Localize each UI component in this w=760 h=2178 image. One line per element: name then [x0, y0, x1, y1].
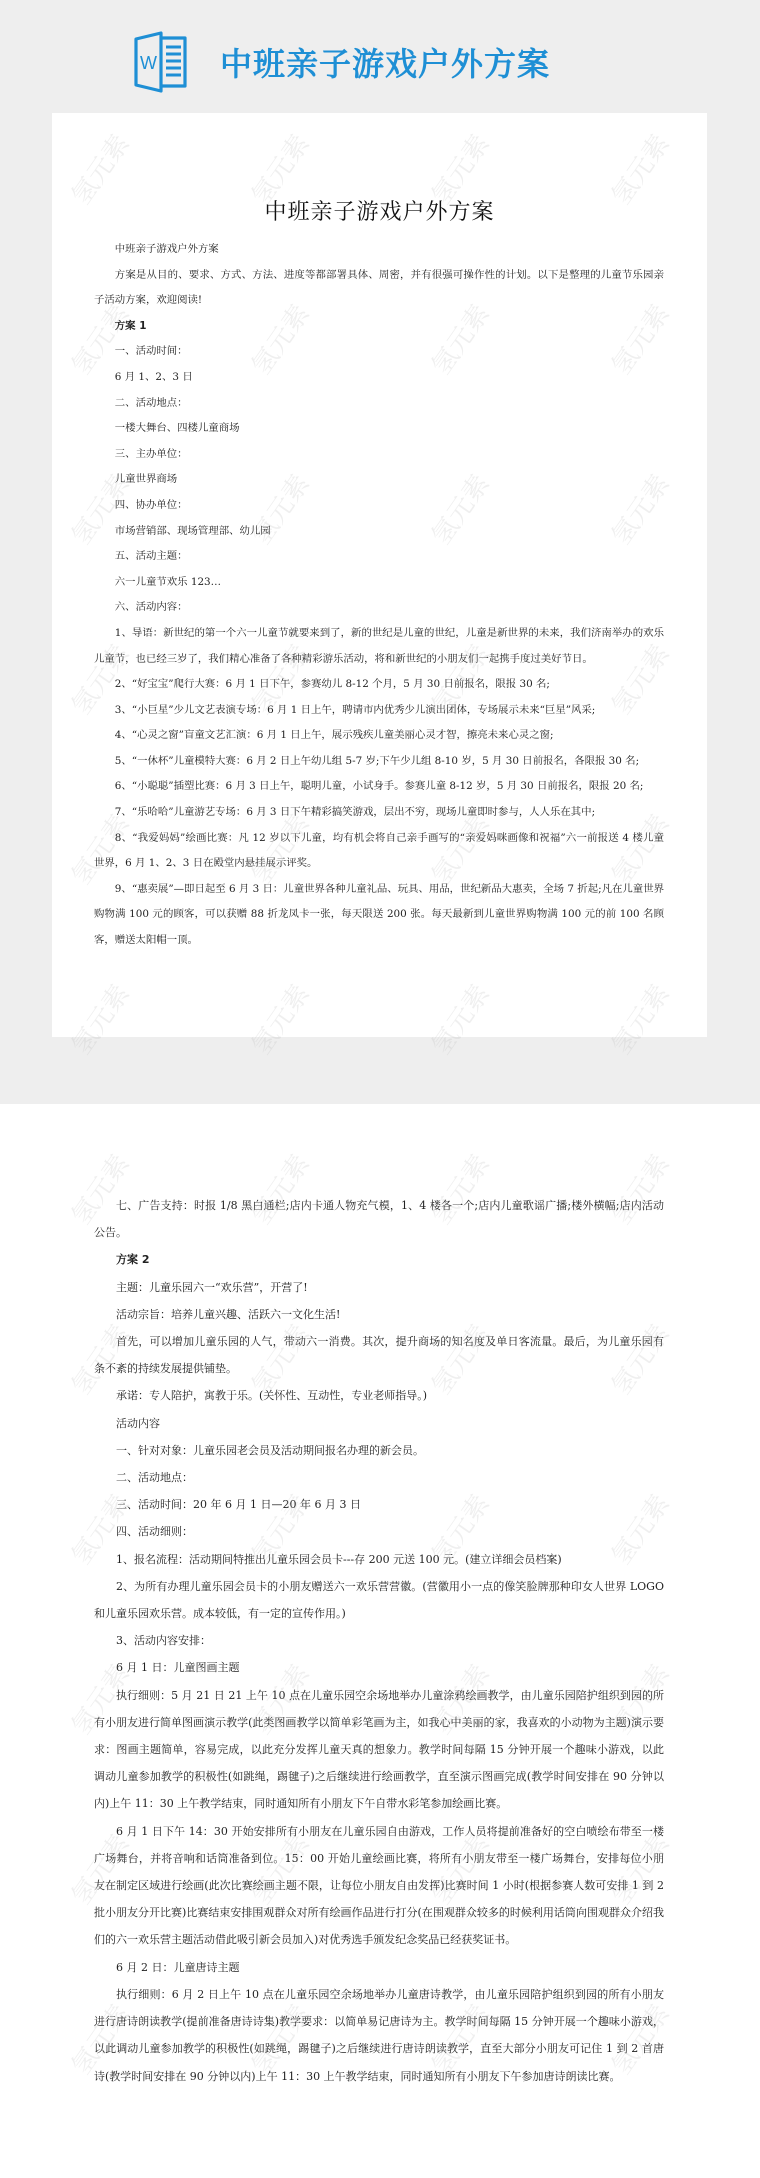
- paragraph: 1、报名流程：活动期间特推出儿童乐园会员卡---存 200 元送 100 元。(…: [94, 1546, 664, 1573]
- paragraph: 六一儿童节欢乐 123…: [94, 570, 664, 596]
- paragraph: 2、“好宝宝”爬行大赛：6 月 1 日下午，参赛幼儿 8-12 个月，5 月 3…: [94, 672, 664, 698]
- paragraph: 主题：儿童乐园六一“欢乐营”，开营了!: [94, 1274, 664, 1301]
- paragraph: 7、“乐哈哈”儿童游艺专场：6 月 3 日下午精彩搞笑游戏，层出不穷，现场儿童即…: [94, 800, 664, 826]
- section-heading: 方案 1: [94, 314, 664, 340]
- document-title: 中班亲子游戏户外方案: [52, 195, 707, 226]
- paragraph: 三、主办单位：: [94, 442, 664, 468]
- svg-text:W: W: [140, 53, 157, 73]
- paragraph: 执行细则：6 月 2 日上午 10 点在儿童乐园空余场地举办儿童唐诗教学，由儿童…: [94, 1981, 664, 2090]
- paragraph: 6 月 1、2、3 日: [94, 365, 664, 391]
- section-heading: 方案 2: [94, 1246, 664, 1273]
- document-header: W 中班亲子游戏户外方案: [0, 0, 760, 113]
- paragraph: 二、活动地点：: [94, 1464, 664, 1491]
- paragraph: 6 月 1 日下午 14：30 开始安排所有小朋友在儿童乐园自由游戏，工作人员将…: [94, 1818, 664, 1954]
- paragraph: 四、协办单位：: [94, 493, 664, 519]
- paragraph: 儿童世界商场: [94, 467, 664, 493]
- paragraph: 3、“小巨星”少儿文艺表演专场：6 月 1 日上午，聘请市内优秀少儿演出团体，专…: [94, 698, 664, 724]
- paragraph: 9、“惠卖展”—即日起至 6 月 3 日：儿童世界各种儿童礼品、玩具、用品，世纪…: [94, 877, 664, 954]
- header-title: 中班亲子游戏户外方案: [220, 44, 550, 84]
- paragraph: 五、活动主题：: [94, 544, 664, 570]
- paragraph: 六、活动内容：: [94, 595, 664, 621]
- paragraph: 3、活动内容安排：: [94, 1627, 664, 1654]
- paragraph: 6、“小聪聪”插塑比赛：6 月 3 日上午，聪明儿童，小试身手。参赛儿童 8-1…: [94, 774, 664, 800]
- document-page-1: 中班亲子游戏户外方案 中班亲子游戏户外方案方案是从目的、要求、方式、方法、进度等…: [52, 113, 707, 1037]
- paragraph: 七、广告支持：时报 1/8 黑白通栏;店内卡通人物充气模，1、4 楼各一个;店内…: [94, 1192, 664, 1246]
- paragraph: 首先，可以增加儿童乐园的人气，带动六一消费。其次，提升商场的知名度及单日客流量。…: [94, 1328, 664, 1382]
- paragraph: 承诺：专人陪护，寓教于乐。(关怀性、互动性，专业老师指导。): [94, 1382, 664, 1409]
- page-1-body: 中班亲子游戏户外方案方案是从目的、要求、方式、方法、进度等都部署具体、周密，并有…: [94, 237, 664, 954]
- paragraph: 5、“一休杯”儿童模特大赛：6 月 2 日上午幼儿组 5-7 岁;下午少儿组 8…: [94, 749, 664, 775]
- paragraph: 一、针对对象：儿童乐园老会员及活动期间报名办理的新会员。: [94, 1437, 664, 1464]
- paragraph: 6 月 2 日：儿童唐诗主题: [94, 1954, 664, 1981]
- paragraph: 活动内容: [94, 1410, 664, 1437]
- paragraph: 一、活动时间：: [94, 339, 664, 365]
- page-2-body: 七、广告支持：时报 1/8 黑白通栏;店内卡通人物充气模，1、4 楼各一个;店内…: [94, 1192, 664, 2090]
- word-document-icon: W: [133, 31, 191, 93]
- paragraph: 方案是从目的、要求、方式、方法、进度等都部署具体、周密，并有很强可操作性的计划。…: [94, 263, 664, 314]
- paragraph: 三、活动时间：20 年 6 月 1 日—20 年 6 月 3 日: [94, 1491, 664, 1518]
- paragraph: 6 月 1 日：儿童图画主题: [94, 1654, 664, 1681]
- paragraph: 中班亲子游戏户外方案: [94, 237, 664, 263]
- paragraph: 4、“心灵之窗”盲童文艺汇演：6 月 1 日上午，展示残疾儿童美丽心灵才智，擦亮…: [94, 723, 664, 749]
- paragraph: 二、活动地点：: [94, 391, 664, 417]
- paragraph: 1、导语：新世纪的第一个六一儿童节就要来到了，新的世纪是儿童的世纪，儿童是新世界…: [94, 621, 664, 672]
- paragraph: 2、为所有办理儿童乐园会员卡的小朋友赠送六一欢乐营营徽。(营徽用小一点的像笑脸牌…: [94, 1573, 664, 1627]
- paragraph: 8、“我爱妈妈”绘画比赛：凡 12 岁以下儿童，均有机会将自己亲手画写的“亲爱妈…: [94, 826, 664, 877]
- paragraph: 一楼大舞台、四楼儿童商场: [94, 416, 664, 442]
- paragraph: 四、活动细则：: [94, 1518, 664, 1545]
- paragraph: 执行细则：5 月 21 日 21 上午 10 点在儿童乐园空余场地举办儿童涂鸦绘…: [94, 1682, 664, 1818]
- document-page-2: 七、广告支持：时报 1/8 黑白通栏;店内卡通人物充气模，1、4 楼各一个;店内…: [0, 1104, 760, 2178]
- paragraph: 市场营销部、现场管理部、幼儿园: [94, 519, 664, 545]
- paragraph: 活动宗旨：培养儿童兴趣、活跃六一文化生活!: [94, 1301, 664, 1328]
